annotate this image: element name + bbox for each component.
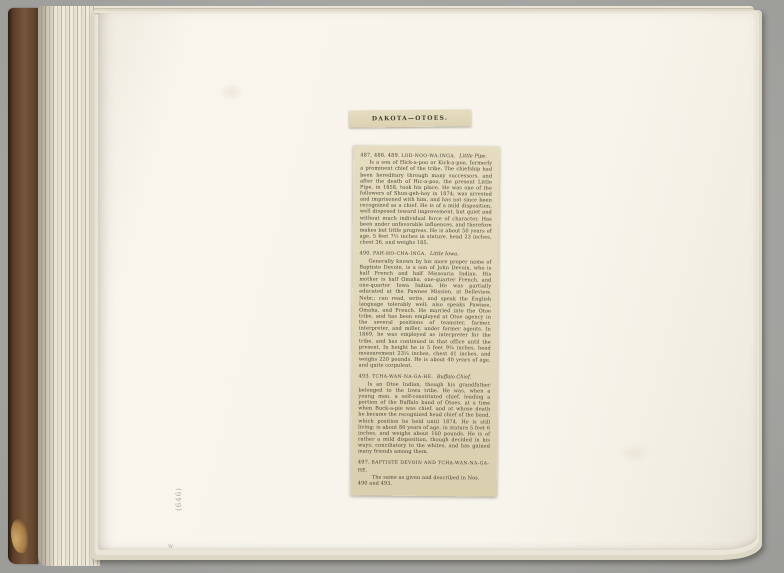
catalog-entry-buffalo-chief: 493. TCHA-WAN-NA-GA-HE. Buffalo Chief. I…: [358, 374, 491, 456]
entry-numbers: 490.: [360, 251, 372, 257]
foxing-stain: [218, 83, 244, 101]
catalog-entry-little-pipe: 487, 488, 489. LOD-NOO-WA-INGA. Little P…: [360, 152, 493, 246]
album-page: DAKOTA—OTOES. 487, 488, 489. LOD-NOO-WA-…: [98, 13, 757, 550]
pencil-inscription: (646): [175, 476, 183, 522]
entry-english-name: Little Pipe.: [459, 153, 487, 159]
entry-description: Generally known by his more proper name …: [359, 258, 492, 370]
pencil-mark: w: [168, 543, 173, 550]
entry-description: Is an Otoe Indian, though his grandfathe…: [358, 381, 491, 456]
cover-worn-corner: [11, 519, 28, 553]
page-edges-left: [38, 6, 100, 566]
entry-native-name: PAH-HO-CHA-INGA.: [373, 252, 426, 257]
header-clipping: DAKOTA—OTOES.: [349, 109, 471, 127]
album-book: DAKOTA—OTOES. 487, 488, 489. LOD-NOO-WA-…: [8, 6, 770, 566]
catalog-entry-combined-portrait: 497. BAPTISTE DEVOIN AND TCHA-WAN-NA-GA-…: [358, 460, 490, 488]
catalog-entry-little-iowa: 490. PAH-HO-CHA-INGA. Little Iowa. Gener…: [359, 251, 492, 370]
entry-heading: 497. BAPTISTE DEVOIN AND TCHA-WAN-NA-GA-…: [358, 460, 490, 475]
entry-english-name: Buffalo Chief.: [437, 375, 472, 381]
entry-numbers: 497.: [358, 460, 370, 466]
entry-description: Is a son of Hick-a-poo or Kick-a-poo, fo…: [360, 160, 493, 247]
entry-native-name: LOD-NOO-WA-INGA.: [401, 154, 455, 159]
book-cover-edge: [8, 8, 38, 564]
entry-cross-reference: The same as given and described in Nos. …: [358, 474, 490, 487]
entry-numbers: 493.: [359, 374, 371, 380]
album-photograph: DAKOTA—OTOES. 487, 488, 489. LOD-NOO-WA-…: [0, 0, 784, 573]
tribe-heading: DAKOTA—OTOES.: [372, 115, 448, 123]
catalog-clipping: 487, 488, 489. LOD-NOO-WA-INGA. Little P…: [351, 145, 500, 496]
entry-english-name: Little Iowa.: [430, 251, 459, 257]
foxing-stain: [618, 443, 652, 463]
entry-numbers: 487, 488, 489.: [360, 152, 399, 158]
entry-native-name: TCHA-WAN-NA-GA-HE.: [372, 375, 433, 380]
entry-native-name: BAPTISTE DEVOIN AND TCHA-WAN-NA-GA-HE.: [358, 461, 489, 473]
